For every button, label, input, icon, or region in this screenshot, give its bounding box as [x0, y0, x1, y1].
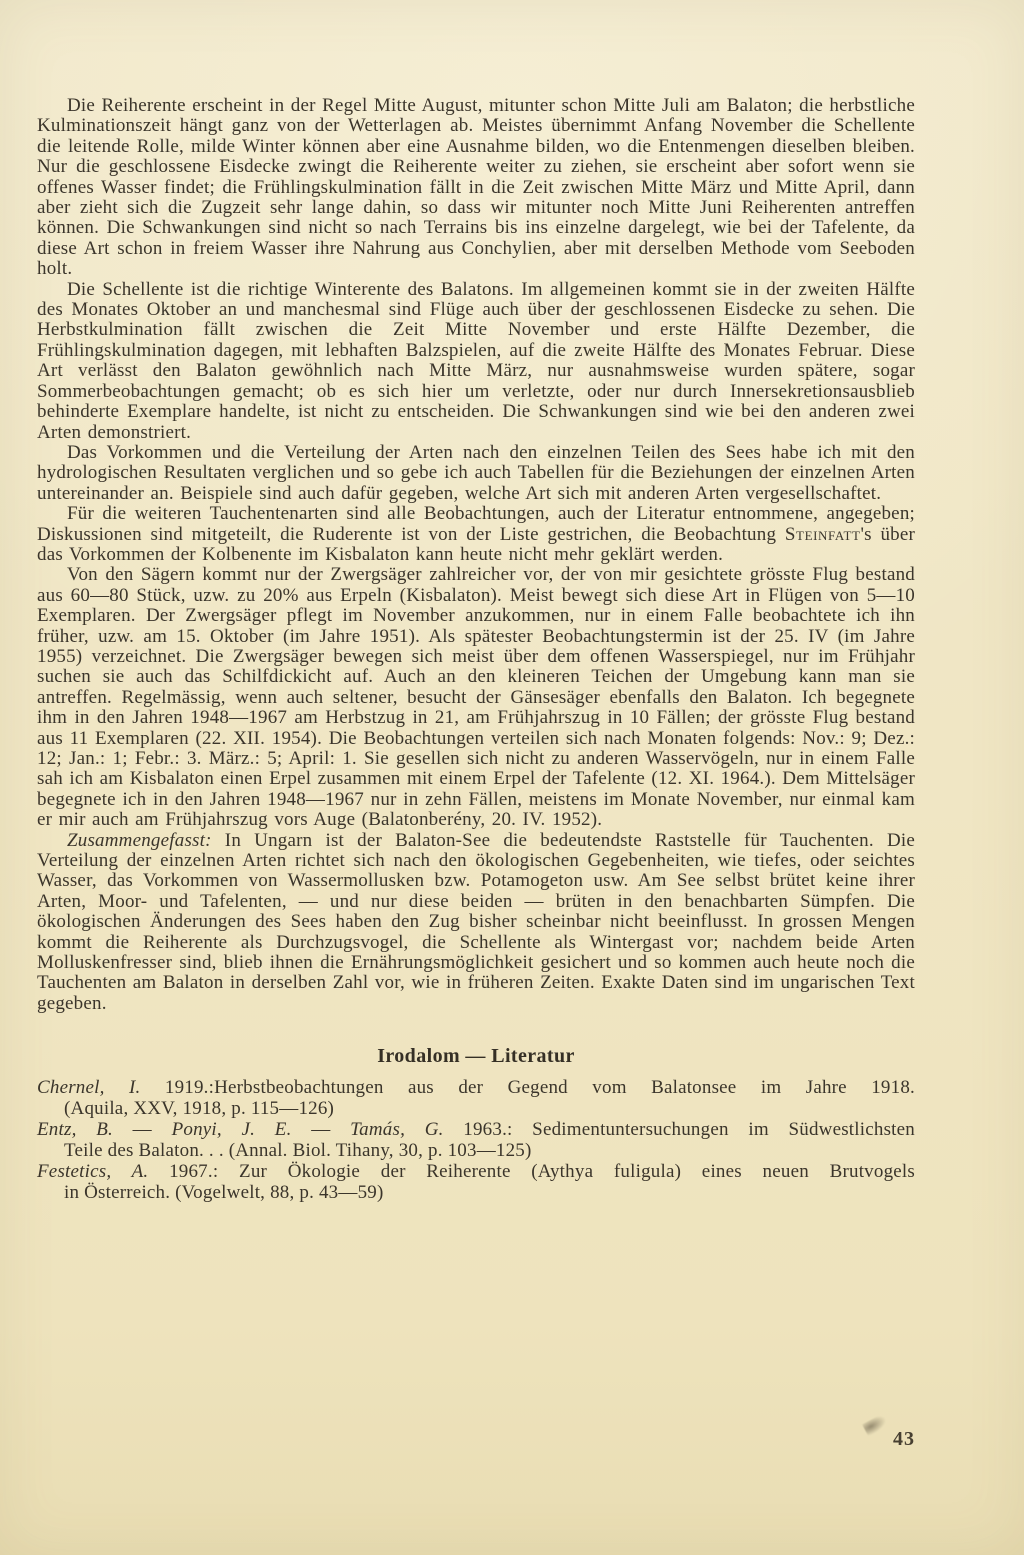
- paragraph: Das Vorkommen und die Verteilung der Art…: [37, 443, 915, 504]
- literature-entry: Entz, B. — Ponyi, J. E. — Tamás, G. 1963…: [37, 1119, 915, 1161]
- paragraph: Die Reiherente erscheint in der Regel Mi…: [37, 96, 915, 280]
- text-run: —: [292, 1119, 351, 1140]
- text-run: 1963.: Sedimentuntersuchungen im Südwest…: [444, 1119, 915, 1140]
- text-run: 1967.: Zur Ökologie der Reiherente (Ayth…: [148, 1161, 915, 1182]
- literature-entry: Chernel, I. 1919.:Herbstbeobachtungen au…: [37, 1077, 915, 1119]
- text-run-italic: Chernel, I.: [37, 1077, 140, 1098]
- text-block: Die Reiherente erscheint in der Regel Mi…: [37, 96, 915, 1203]
- text-run: Für die weiteren Tauchentenarten sind al…: [37, 503, 915, 544]
- paragraph: Von den Sägern kommt nur der Zwergsäger …: [37, 565, 915, 830]
- literature-entry: Festetics, A. 1967.: Zur Ökologie der Re…: [37, 1161, 915, 1203]
- text-run: —: [113, 1119, 172, 1140]
- paragraph: Die Schellente ist die richtige Winteren…: [37, 280, 915, 443]
- text-run-italic: Ponyi, J. E.: [172, 1119, 292, 1140]
- text-run: Von den Sägern kommt nur der Zwergsäger …: [37, 564, 915, 830]
- text-run-italic: Entz, B.: [37, 1119, 113, 1140]
- literature-entry-line: Entz, B. — Ponyi, J. E. — Tamás, G. 1963…: [37, 1119, 915, 1140]
- text-run: Teile des Balaton. . . (Annal. Biol. Tih…: [64, 1140, 532, 1161]
- text-run: 1919.:Herbstbeobachtungen aus der Gegend…: [140, 1077, 915, 1098]
- text-run-italic: Zusammengefasst:: [67, 830, 212, 851]
- text-run-smallcaps: Steinfatt: [785, 524, 861, 545]
- literature-entry-continuation: (Aquila, XXV, 1918, p. 115—126): [37, 1098, 915, 1119]
- literature-entry-continuation: Teile des Balaton. . . (Annal. Biol. Tih…: [37, 1140, 915, 1161]
- text-run: Die Schellente ist die richtige Winteren…: [37, 279, 915, 443]
- paragraph: Zusammengefasst: In Ungarn ist der Balat…: [37, 831, 915, 1015]
- scan-smudge: [862, 1413, 890, 1437]
- text-run-italic: Festetics, A.: [37, 1161, 148, 1182]
- book-page: Die Reiherente erscheint in der Regel Mi…: [0, 0, 1024, 1555]
- literature-heading: Irodalom — Literatur: [37, 1045, 915, 1068]
- paragraph: Für die weiteren Tauchentenarten sind al…: [37, 504, 915, 565]
- text-run: Die Reiherente erscheint in der Regel Mi…: [37, 95, 915, 279]
- literature-entries: Chernel, I. 1919.:Herbstbeobachtungen au…: [37, 1077, 915, 1203]
- body-paragraphs: Die Reiherente erscheint in der Regel Mi…: [37, 96, 915, 1014]
- text-run-italic: Tamás, G.: [350, 1119, 443, 1140]
- literature-entry-continuation: in Österreich. (Vogelwelt, 88, p. 43—59): [37, 1182, 915, 1203]
- literature-entry-line: Chernel, I. 1919.:Herbstbeobachtungen au…: [37, 1077, 915, 1098]
- text-run: (Aquila, XXV, 1918, p. 115—126): [64, 1098, 334, 1119]
- text-run: In Ungarn ist der Balaton-See die bedeut…: [37, 830, 915, 1014]
- text-run: Das Vorkommen und die Verteilung der Art…: [37, 442, 915, 504]
- literature-entry-line: Festetics, A. 1967.: Zur Ökologie der Re…: [37, 1161, 915, 1182]
- page-number: 43: [893, 1428, 915, 1451]
- text-run: in Österreich. (Vogelwelt, 88, p. 43—59): [64, 1182, 384, 1203]
